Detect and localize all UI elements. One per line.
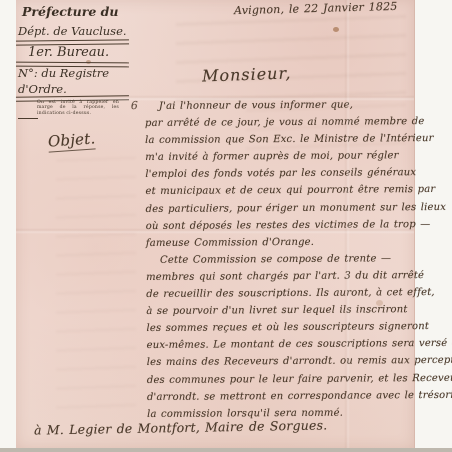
body-line: fameuse Commission d'Orange.	[146, 236, 434, 255]
ink-bleed-through	[176, 14, 406, 102]
body-line: et municipaux et de ceux qui pourront êt…	[145, 184, 433, 203]
letterhead-registre: N°: du Registre	[18, 66, 109, 80]
body-line: des particuliers, pour ériger un monumen…	[146, 202, 434, 221]
letterhead-ordre: d'Ordre.	[18, 82, 67, 96]
letterhead-short-dash	[18, 118, 38, 122]
body-line: de recueillir des souscriptions. Ils aur…	[146, 287, 434, 306]
letterhead-prefecture: Préfecture du	[22, 4, 118, 19]
date-line: Avignon, le 22 Janvier 1825	[234, 0, 398, 17]
scan-bottom-edge	[0, 448, 452, 452]
body-line: les mains des Receveurs d'arrondt. ou re…	[147, 355, 435, 374]
scanned-letter-page: Préfecture du Dépt. de Vaucluse. 1er. Bu…	[0, 0, 452, 452]
foxing-stain	[333, 27, 339, 32]
salutation: Monsieur,	[202, 63, 292, 85]
body-line: d'arrondt. se mettront en correspondance…	[147, 390, 435, 409]
paper-sheet: Préfecture du Dépt. de Vaucluse. 1er. Bu…	[16, 0, 415, 449]
objet-label: Objet.	[47, 129, 96, 152]
body-line: des communes pour le leur faire parvenir…	[147, 372, 435, 391]
body-line: 6 J'ai l'honneur de vous informer que,	[145, 99, 433, 118]
recipient-address: à M. Legier de Montfort, Maire de Sorgue…	[34, 417, 328, 437]
body-line: membres qui sont chargés par l'art. 3 du…	[146, 270, 434, 289]
letterhead-reference-note: On est invité à rappeler en marge de la …	[37, 100, 119, 116]
opening-flourish: 6	[131, 99, 138, 112]
body-line: eux-mêmes. Le montant de ces souscriptio…	[147, 338, 435, 357]
letterhead-bureau: 1er. Bureau.	[28, 45, 109, 60]
body-line-text: J'ai l'honneur de vous informer que,	[159, 100, 353, 112]
body-line: où sont déposés les restes des victimes …	[146, 219, 434, 238]
letterhead-departement: Dépt. de Vaucluse.	[18, 24, 127, 38]
ink-bleed-through	[56, 150, 136, 410]
body-line: Cette Commission se compose de trente —	[146, 253, 434, 272]
letter-body: 6 J'ai l'honneur de vous informer que, p…	[145, 99, 435, 426]
